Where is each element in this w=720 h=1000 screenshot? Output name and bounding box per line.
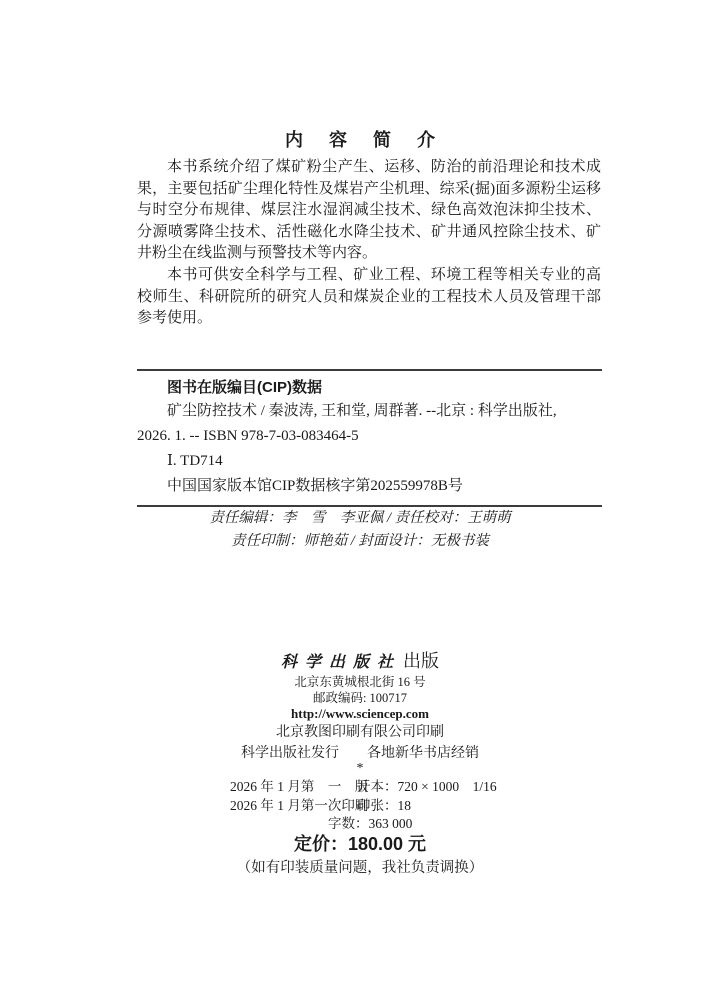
edition-date: 2026 年 1 月第 一 版 [230,778,357,797]
edition-row-2: 2026 年 1 月第一次印刷印张：18 [230,797,530,816]
publisher-line: 科学出版社出版 [0,649,720,675]
publisher-url: http://www.sciencep.com [0,706,720,722]
format-spec: 开本：720 × 1000 1/16 [357,779,497,794]
publisher-postcode: 邮政编码: 100717 [0,690,720,706]
staff-credits: 责任编辑：李 雪 李亚佩 / 责任校对：王萌萌 责任印制：师艳茹 / 封面设计：… [0,507,720,553]
cip-isbn-line: 2026. 1. -- ISBN 978-7-03-083464-5 [137,424,602,449]
publisher-suffix: 出版 [403,651,439,671]
quality-exchange-note: （如有印装质量问题，我社负责调换） [0,857,720,879]
cip-data-block: 图书在版编目(CIP)数据 矿尘防控技术 / 秦波涛, 王和堂, 周群著. --… [137,369,602,507]
science-press-logo: 科学出版社 [281,654,401,671]
sheet-count: 印张：18 [357,798,411,813]
separator-asterisk: * [0,761,720,777]
content-summary-title: 内容简介 [0,129,720,151]
credits-editors-line: 责任编辑：李 雪 李亚佩 / 责任校对：王萌萌 [0,507,720,530]
copyright-page: 内容简介 本书系统介绍了煤矿粉尘产生、运移、防治的前沿理论和技术成果，主要包括矿… [0,0,720,1000]
content-summary: 本书系统介绍了煤矿粉尘产生、运移、防治的前沿理论和技术成果，主要包括矿尘理化特性… [137,157,601,330]
printing-date: 2026 年 1 月第一次印刷 [230,797,357,816]
cip-classification-line: Ⅰ. TD714 [137,449,602,474]
printer-line: 北京教图印刷有限公司印刷 [0,723,720,742]
word-count: 字数：363 000 [328,816,412,831]
cip-record-number-line: 中国国家版本馆CIP数据核字第202559978B号 [137,474,602,499]
summary-paragraph-1: 本书系统介绍了煤矿粉尘产生、运移、防治的前沿理论和技术成果，主要包括矿尘理化特性… [137,157,601,265]
edition-row-1: 2026 年 1 月第 一 版开本：720 × 1000 1/16 [230,778,530,797]
cip-heading: 图书在版编目(CIP)数据 [137,376,602,399]
cip-title-author-line: 矿尘防控技术 / 秦波涛, 王和堂, 周群著. --北京 : 科学出版社, [137,399,602,424]
edition-row-3: 字数：363 000 [230,815,530,834]
publisher-address: 北京东黄城根北街 16 号 [0,674,720,690]
edition-info-block: 2026 年 1 月第 一 版开本：720 × 1000 1/16 2026 年… [230,778,530,834]
credits-print-design-line: 责任印制：师艳茹 / 封面设计：无极书装 [0,530,720,553]
summary-paragraph-2: 本书可供安全科学与工程、矿业工程、环境工程等相关专业的高校师生、科研院所的研究人… [137,265,601,330]
price-line: 定价：180.00 元 [0,832,720,856]
